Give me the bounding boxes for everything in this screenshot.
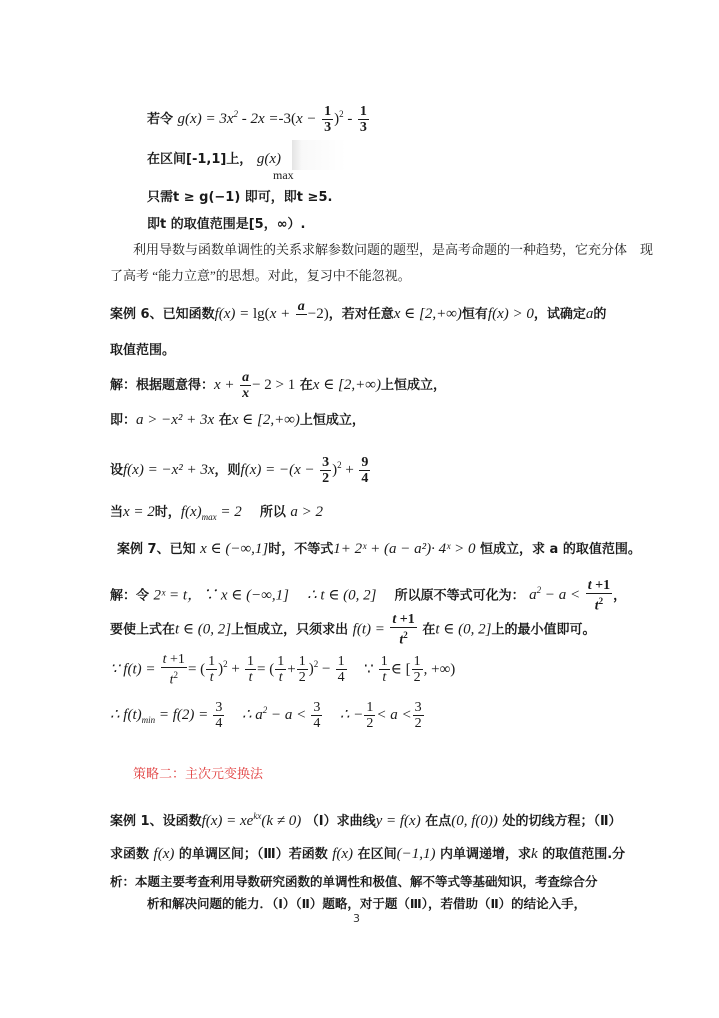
text: 的 <box>593 307 606 322</box>
math: t ∈ (0, 2] <box>435 621 491 637</box>
text: 内单调递增，求 <box>440 847 531 862</box>
math: = ( <box>188 661 205 677</box>
math: ，∵ x ∈ (−∞,1] <box>187 587 289 603</box>
line-g-definition: 若令 g(x) = 3x2 - 2x =-3(x − 13)2 - 13 <box>147 104 370 135</box>
math: x − <box>296 111 317 127</box>
case-1-line-4: 析和解决问题的能力．（Ⅰ）（Ⅱ）题略，对于题（Ⅲ），若借助（Ⅱ）的结论入手， <box>147 895 586 913</box>
case-6-statement: 案例 6、已知函数f(x) = lg(x + a −2)，若对任意x ∈ [2,… <box>110 299 606 330</box>
line-interval: 在区间[-1,1]上， g(x) <box>147 150 281 169</box>
math: f(x) > 0 <box>488 306 534 322</box>
math: )2 − <box>309 661 331 677</box>
math: −2) <box>308 306 329 322</box>
math: x + <box>270 306 291 322</box>
fraction: 13 <box>358 104 369 135</box>
text: 所以原不等式可化为： <box>395 588 525 603</box>
case-1-line-2: 求函数 f(x) 的单调区间；（Ⅲ）若函数 f(x) 在区间(−1,1) 内单调… <box>110 845 625 864</box>
strategy-2-heading: 策略二：主次元变换法 <box>133 766 263 784</box>
fraction: 34 <box>311 700 322 731</box>
text: ，试确定 <box>534 307 586 322</box>
fraction: 1t <box>275 654 286 685</box>
text: 即： <box>110 413 136 428</box>
fraction: 12 <box>412 654 423 685</box>
math: ∴ − <box>340 707 363 723</box>
text: 设 <box>110 463 123 478</box>
math: lg( <box>253 306 270 322</box>
fraction: 32 <box>320 455 331 486</box>
math: y = f(x) <box>376 813 421 829</box>
solution-7-line-4: ∴ f(t)min = f(2) = 34 ∴ a2 − a < 34 ∴ −1… <box>110 700 425 731</box>
math: a2 − a < <box>529 587 580 603</box>
text: ，若对任意 <box>329 307 394 322</box>
fraction: 94 <box>359 455 370 486</box>
fraction: 32 <box>413 700 424 731</box>
text: 上恒成立， <box>300 413 365 428</box>
solution-6-line-3: 设f(x) = −x² + 3x，则f(x) = −(x − 32)2 + 94 <box>110 455 371 486</box>
math: + <box>287 661 295 677</box>
fraction: 13 <box>322 104 333 135</box>
math: f(x)max = 2 <box>181 504 242 520</box>
text: 求函数 <box>110 847 149 862</box>
math: f(x) <box>332 846 353 862</box>
line-range-result: 即t 的取值范围是[5，∞）. <box>147 216 306 234</box>
math: x ∈ [2,+∞) <box>313 377 381 393</box>
fraction: t +1t2 <box>586 578 612 614</box>
fraction: 12 <box>364 700 375 731</box>
fraction: 1t <box>206 654 217 685</box>
paragraph-line-1: 利用导数与函数单调性的关系求解参数问题的题型，是高考命题的一种趋势，它充分体 现 <box>133 241 653 259</box>
text: 的取值范围.分 <box>542 847 625 862</box>
math: )2 - <box>334 111 352 127</box>
text: 上恒成立， <box>381 378 446 393</box>
text: 解：根据题意得： <box>110 378 214 393</box>
math: , +∞) <box>424 661 456 677</box>
text: 在 <box>219 413 232 428</box>
math: )2 + <box>218 661 240 677</box>
math: (−1,1) <box>397 846 436 862</box>
math: 1+ 2ˣ + (a − a²)· 4ˣ > 0 <box>333 541 475 557</box>
math: ∴ a2 − a < <box>242 707 306 723</box>
text: 的单调区间；（Ⅲ）若函数 <box>179 847 328 862</box>
math: f(x) = xekx(k ≠ 0) <box>202 813 302 829</box>
page-number: 3 <box>353 912 360 925</box>
text: 若令 <box>147 112 173 127</box>
math: ∵ <box>364 661 374 677</box>
math: = ( <box>257 661 274 677</box>
solution-6-line-1: 解：根据题意得：x + ax− 2 > 1 在x ∈ [2,+∞)上恒成立， <box>110 370 446 401</box>
solution-7-line-3: ∵ f(t) = t +1t2= (1t)2 + 1t= (1t+12)2 − … <box>110 652 455 688</box>
math: f(x) <box>154 846 175 862</box>
text: ，则 <box>215 463 241 478</box>
math: x ∈ [2,+∞) <box>394 306 462 322</box>
case-6-line-2: 取值范围。 <box>110 342 175 360</box>
math-gx: g(x) <box>257 151 281 167</box>
math: (0, f(0)) <box>451 813 498 829</box>
math: t ∈ (0, 2] <box>175 621 231 637</box>
math: f(x) = −x² + 3x <box>123 462 215 478</box>
math: x ∈ [2,+∞) <box>232 412 300 428</box>
subscript-max: max <box>273 166 294 184</box>
solution-6-line-4: 当x = 2时，f(x)max = 2 所以 a > 2 <box>110 503 323 526</box>
math: x ∈ (−∞,1] <box>200 541 268 557</box>
text: 上恒成立，只须求出 <box>231 622 348 637</box>
scan-artifact <box>292 140 382 170</box>
text: 在区间 <box>358 847 397 862</box>
text: 恒有 <box>462 307 488 322</box>
math-g: g(x) = 3x2 - 2x = <box>178 111 279 127</box>
text: 案例 7、已知 <box>117 542 196 557</box>
text: 案例 1、设函数 <box>110 814 202 829</box>
paragraph-line-2: 了高考 “能力立意”的思想。对此，复习中不能忽视。 <box>110 267 411 285</box>
math: ∵ f(t) = <box>110 661 156 677</box>
math: )2 + <box>332 462 354 478</box>
fraction: ax <box>240 370 251 401</box>
text: 在 <box>422 622 435 637</box>
text: 时，不等式 <box>268 542 333 557</box>
fraction: 12 <box>297 654 308 685</box>
solution-6-line-2: 即：a > −x² + 3x 在x ∈ [2,+∞)上恒成立， <box>110 411 365 430</box>
math: − 2 > 1 <box>252 377 295 393</box>
math: x = 2 <box>123 504 155 520</box>
math: f(t) = <box>353 621 385 637</box>
math: ∈ [ <box>391 661 411 677</box>
math: a > −x² + 3x <box>136 412 214 428</box>
fraction: 1t <box>379 654 390 685</box>
text: 案例 6、已知函数 <box>110 307 215 322</box>
text: 在区间[-1,1]上， <box>147 152 252 167</box>
text: 当 <box>110 505 123 520</box>
solution-7-line-2: 要使上式在t ∈ (0, 2]上恒成立，只须求出 f(t) = t +1t2 在… <box>110 612 595 648</box>
case-1-line-1: 案例 1、设函数f(x) = xekx(k ≠ 0) （Ⅰ）求曲线y = f(x… <box>110 807 622 831</box>
case-7-statement: 案例 7、已知 x ∈ (−∞,1]时，不等式1+ 2ˣ + (a − a²)·… <box>117 540 641 559</box>
line-condition: 只需t ≥ g(−1) 即可，即t ≥5. <box>147 189 332 207</box>
text: ， <box>613 588 626 603</box>
math: ∴ t ∈ (0, 2] <box>307 587 376 603</box>
fraction: 34 <box>213 700 224 731</box>
fraction: 14 <box>336 654 347 685</box>
case-1-line-3: 析：本题主要考查利用导数研究函数的单调性和极值、解不等式等基础知识，考查综合分 <box>110 873 598 891</box>
solution-7-line-1: 解：令 2ˣ = t，∵ x ∈ (−∞,1] ∴ t ∈ (0, 2] 所以原… <box>110 578 626 614</box>
text: 在点 <box>425 814 451 829</box>
fraction: t +1t2 <box>390 612 416 648</box>
text: 解：令 <box>110 588 149 603</box>
text: 上的最小值即可。 <box>491 622 595 637</box>
math: < a < <box>376 707 411 723</box>
math: k <box>531 846 538 862</box>
text: 处的切线方程；（Ⅱ） <box>502 814 621 829</box>
math: x + <box>214 377 235 393</box>
math: f(x) = <box>215 306 253 322</box>
text: 恒成立，求 a 的取值范围。 <box>480 542 641 557</box>
math: -3( <box>279 111 297 127</box>
fraction: a <box>296 299 307 330</box>
math: ∴ f(t)min = f(2) = <box>110 707 208 723</box>
math: 2ˣ = t <box>154 587 188 603</box>
fraction: 1t <box>245 654 256 685</box>
math: f(x) = −(x − <box>241 462 315 478</box>
text: （Ⅰ）求曲线 <box>306 814 376 829</box>
text: 在 <box>300 378 313 393</box>
text: 要使上式在 <box>110 622 175 637</box>
text: 时， <box>155 505 181 520</box>
fraction: t +1t2 <box>161 652 187 688</box>
text: 所以 <box>260 505 286 520</box>
math: a > 2 <box>290 504 323 520</box>
